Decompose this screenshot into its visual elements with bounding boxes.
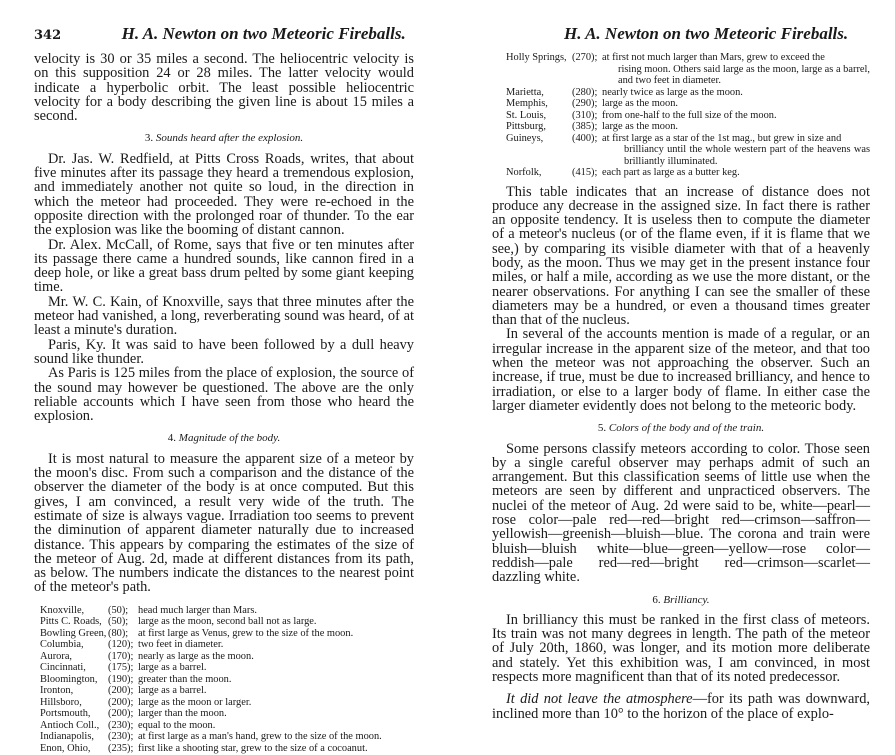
paragraph: This table indicates that an increase of… xyxy=(492,185,870,328)
paragraph: As Paris is 125 miles from the place of … xyxy=(34,366,414,423)
section-title: Magnitude of the body. xyxy=(179,432,280,444)
table-row: Memphis,(290);large as the moon. xyxy=(506,98,870,110)
right-body: Holly Springs,(270);at first not much la… xyxy=(492,52,870,721)
table-row: Columbia,(120);two feet in diameter. xyxy=(40,639,414,651)
left-page: 342 H. A. Newton on two Meteoric Firebal… xyxy=(0,0,445,755)
paragraph: It is most natural to measure the appare… xyxy=(34,452,414,595)
table-row: Bowling Green,(80);at first large as Ven… xyxy=(40,628,414,640)
table-row: Indianapolis,(230);at first large as a m… xyxy=(40,731,414,743)
paragraph: It did not leave the atmosphere—for its … xyxy=(492,692,870,721)
paragraph: In brilliancy this must be ranked in the… xyxy=(492,613,870,684)
observations-table-continued: Holly Springs,(270);at first not much la… xyxy=(506,52,870,179)
table-row: Marietta,(280);nearly twice as large as … xyxy=(506,87,870,99)
paragraph: Some persons classify meteors according … xyxy=(492,442,870,585)
page-header: 342 H. A. Newton on two Meteoric Firebal… xyxy=(34,24,406,44)
table-row: Holly Springs,(270);at first not much la… xyxy=(506,52,870,87)
observations-table: Knoxville,(50);head much larger than Mar… xyxy=(40,605,414,755)
table-row: Cincinnati,(175);large as a barrel. xyxy=(40,662,414,674)
paragraph: Mr. W. C. Kain, of Knoxville, says that … xyxy=(34,295,414,338)
table-row: Ironton,(200);large as a barrel. xyxy=(40,685,414,697)
table-row: Hillsboro,(200);large as the moon or lar… xyxy=(40,697,414,709)
table-row: Bloomington,(190);greater than the moon. xyxy=(40,674,414,686)
table-row: Antioch Coll.,(230);equal to the moon. xyxy=(40,720,414,732)
table-row: Pittsburg,(385);large as the moon. xyxy=(506,121,870,133)
section-title: Brilliancy. xyxy=(663,594,709,606)
paragraph: Paris, Ky. It was said to have been foll… xyxy=(34,338,414,367)
table-row: Guineys,(400);at first large as a star o… xyxy=(506,133,870,168)
table-row: St. Louis,(310);from one-half to the ful… xyxy=(506,110,870,122)
table-row: Portsmouth,(200);larger than the moon. xyxy=(40,708,414,720)
table-row: Norfolk,(415);each part as large as a bu… xyxy=(506,167,870,179)
table-row: Knoxville,(50);head much larger than Mar… xyxy=(40,605,414,617)
left-body: velocity is 30 or 35 miles a second. The… xyxy=(34,52,414,754)
table-row: Enon, Ohio,(235);first like a shooting s… xyxy=(40,743,414,755)
section-heading-3: 3. Sounds heard after the explosion. xyxy=(34,131,414,145)
table-row: Pitts C. Roads,(50);large as the moon, s… xyxy=(40,616,414,628)
paragraph: In several of the accounts mention is ma… xyxy=(492,327,870,413)
table-row: Aurora,(170);nearly as large as the moon… xyxy=(40,651,414,663)
paragraph: Dr. Jas. W. Redfield, at Pitts Cross Roa… xyxy=(34,152,414,238)
section-title: Colors of the body and of the train. xyxy=(609,422,764,434)
running-title: H. A. Newton on two Meteoric Fireballs. xyxy=(564,24,848,43)
page-header: H. A. Newton on two Meteoric Fireballs. … xyxy=(564,24,895,44)
running-title: H. A. Newton on two Meteoric Fireballs. xyxy=(122,24,406,43)
section-heading-4: 4. Magnitude of the body. xyxy=(34,431,414,445)
section-title: Sounds heard after the explosion. xyxy=(156,132,303,144)
paragraph: Dr. Alex. McCall, of Rome, says that fiv… xyxy=(34,238,414,295)
section-heading-5: 5. Colors of the body and of the train. xyxy=(492,421,870,435)
page-number: 342 xyxy=(34,28,61,43)
opening-paragraph: velocity is 30 or 35 miles a second. The… xyxy=(34,52,414,123)
right-page: H. A. Newton on two Meteoric Fireballs. … xyxy=(448,0,895,755)
section-heading-6: 6. Brilliancy. xyxy=(492,593,870,607)
